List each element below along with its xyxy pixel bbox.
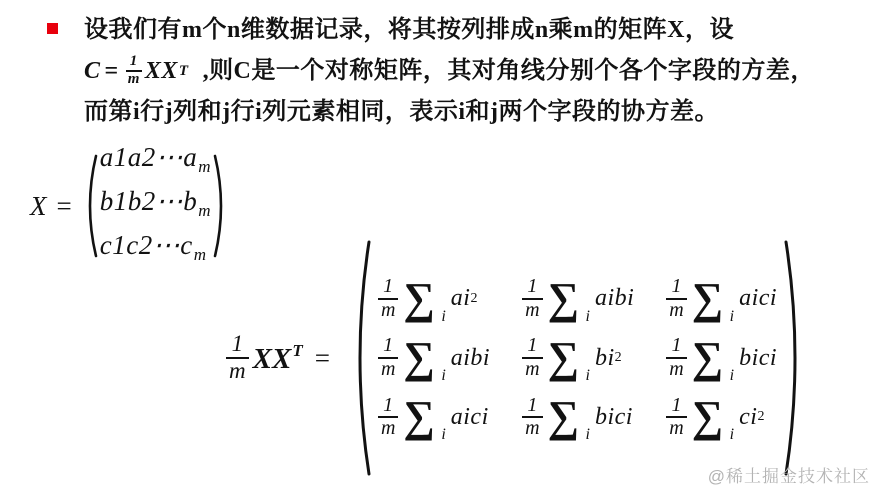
fraction-denominator: m	[126, 70, 142, 88]
fraction-numerator: 1	[672, 276, 682, 298]
sum-symbol: ∑i	[692, 396, 723, 438]
sum-subscript: i	[730, 308, 734, 326]
x-matrix-row: a1a2⋯am	[100, 140, 211, 184]
sigma-icon: ∑	[403, 392, 434, 441]
cell-term: bici	[739, 345, 777, 372]
sum-subscript: i	[441, 308, 445, 326]
x-matrix-row: c1c2⋯cm	[100, 228, 211, 272]
sum-symbol: ∑i	[548, 396, 579, 438]
cell-term-sup: 2	[757, 409, 764, 425]
fraction-numerator: 1	[527, 276, 537, 298]
fraction-numerator: 1	[130, 54, 138, 70]
x-matrix-rows: a1a2⋯am b1b2⋯bm c1c2⋯cm	[98, 140, 213, 272]
sum-symbol: ∑i	[403, 396, 434, 438]
matrix-cell: 1m ∑i bici	[666, 335, 777, 380]
fraction-denominator: m	[666, 416, 686, 440]
x-matrix-equation: X = a1a2⋯am b1b2⋯bm c1c2⋯cm	[30, 140, 229, 272]
row-body: c1c2	[100, 230, 153, 260]
cell-term: bici	[595, 404, 633, 431]
row-body: a1a2	[100, 142, 156, 172]
matrix-cell: 1m ∑i bici	[522, 395, 634, 440]
watermark: @稀土掘金技术社区	[708, 462, 870, 487]
paragraph-line-3: 而第i行j列和j行i列元素相同，表示i和j两个字段的协方差。	[84, 94, 864, 130]
matrix-cell: 1m ∑i aici	[666, 276, 777, 321]
fraction-numerator: 1	[383, 335, 393, 357]
sum-symbol: ∑i	[548, 337, 579, 379]
sum-subscript: i	[730, 367, 734, 385]
row-last: a	[183, 142, 197, 172]
lhs-xx: XXT	[253, 341, 303, 376]
fraction-denominator: m	[522, 357, 542, 381]
sigma-icon: ∑	[692, 392, 723, 441]
row-sub: m	[194, 245, 207, 264]
matrix-cell: 1m ∑i ci2	[666, 395, 777, 440]
sigma-icon: ∑	[692, 274, 723, 323]
covariance-matrix-grid: 1m ∑i ai2 1m ∑i aibi 1m ∑i aici 1m ∑i	[372, 272, 783, 444]
row-sub: m	[198, 201, 211, 220]
sum-subscript: i	[441, 426, 445, 444]
fraction-denominator: m	[226, 357, 249, 384]
formula-transpose-sup: T	[179, 53, 189, 89]
cell-term-sup: 2	[470, 291, 477, 307]
x-matrix-row: b1b2⋯bm	[100, 184, 211, 228]
sum-subscript: i	[441, 367, 445, 385]
row-last: c	[180, 230, 192, 260]
fraction-denominator: m	[522, 416, 542, 440]
matrix-cell: 1m ∑i aibi	[378, 335, 490, 380]
matrix-cell: 1m ∑i aici	[378, 395, 490, 440]
x-equals: =	[57, 191, 72, 222]
covariance-lhs: 1 m XXT =	[226, 332, 340, 384]
formula-xx: XX	[145, 53, 178, 89]
cell-term: bi	[595, 345, 615, 372]
cell-term-sup: 2	[615, 350, 622, 366]
bullet-marker-icon	[47, 23, 58, 34]
right-paren-icon	[783, 238, 807, 478]
cell-term: aici	[739, 285, 777, 312]
cell-term: ai	[451, 285, 471, 312]
transpose-sup: T	[292, 341, 302, 360]
fraction-numerator: 1	[672, 395, 682, 417]
cell-fraction: 1m	[666, 276, 686, 321]
sum-symbol: ∑i	[403, 337, 434, 379]
covariance-equation: 1 m XXT = 1m ∑i ai2 1m ∑i aibi	[226, 238, 807, 478]
sum-symbol: ∑i	[548, 278, 579, 320]
cell-term: aici	[451, 404, 489, 431]
paragraph-line-2: C = 1 m XXT ,则C是一个对称矩阵，其对角线分别个各个字段的方差，	[84, 48, 864, 94]
row-dots: ⋯	[156, 186, 184, 216]
cell-fraction: 1m	[378, 395, 398, 440]
cell-term: ci	[739, 404, 757, 431]
sigma-icon: ∑	[403, 274, 434, 323]
fraction-numerator: 1	[672, 335, 682, 357]
sum-subscript: i	[585, 308, 589, 326]
sigma-icon: ∑	[548, 392, 579, 441]
cell-fraction: 1m	[522, 276, 542, 321]
matrix-cell: 1m ∑i aibi	[522, 276, 634, 321]
paragraph-line-1: 设我们有m个n维数据记录，将其按列排成n乘m的矩阵X，设	[84, 12, 864, 48]
fraction-denominator: m	[666, 357, 686, 381]
row-last: b	[183, 186, 197, 216]
row-sub: m	[198, 157, 211, 176]
sigma-icon: ∑	[548, 333, 579, 382]
cell-fraction: 1m	[666, 335, 686, 380]
fraction-denominator: m	[378, 298, 398, 322]
cell-term: aibi	[451, 345, 490, 372]
sum-symbol: ∑i	[403, 278, 434, 320]
lhs-fraction: 1 m	[226, 332, 249, 384]
fraction-numerator: 1	[383, 276, 393, 298]
formula-equals: =	[105, 53, 119, 89]
fraction-denominator: m	[378, 357, 398, 381]
sigma-icon: ∑	[548, 274, 579, 323]
covariance-matrix: 1m ∑i ai2 1m ∑i aibi 1m ∑i aici 1m ∑i	[348, 238, 807, 478]
paragraph-block: 设我们有m个n维数据记录，将其按列排成n乘m的矩阵X，设 C = 1 m XXT…	[84, 12, 864, 130]
x-symbol: X	[30, 191, 47, 222]
sigma-icon: ∑	[403, 333, 434, 382]
sum-subscript: i	[730, 426, 734, 444]
matrix-cell: 1m ∑i bi2	[522, 335, 634, 380]
row-dots: ⋯	[153, 230, 181, 260]
fraction-numerator: 1	[527, 335, 537, 357]
fraction-numerator: 1	[383, 395, 393, 417]
sum-symbol: ∑i	[692, 337, 723, 379]
sum-symbol: ∑i	[692, 278, 723, 320]
formula-c-symbol: C	[84, 53, 101, 89]
left-paren-icon	[82, 153, 98, 259]
fraction-denominator: m	[378, 416, 398, 440]
fraction-numerator: 1	[527, 395, 537, 417]
matrix-cell: 1m ∑i ai2	[378, 276, 490, 321]
fraction-denominator: m	[666, 298, 686, 322]
paragraph-line-2-rest: ,则C是一个对称矩阵，其对角线分别个各个字段的方差，	[203, 53, 815, 89]
sum-subscript: i	[585, 426, 589, 444]
fraction-numerator: 1	[232, 332, 244, 357]
left-paren-icon	[348, 238, 372, 478]
row-body: b1b2	[100, 186, 156, 216]
xx-symbol: XX	[253, 343, 292, 375]
cell-fraction: 1m	[378, 276, 398, 321]
slide-page: 设我们有m个n维数据记录，将其按列排成n乘m的矩阵X，设 C = 1 m XXT…	[0, 0, 878, 493]
cell-term: aibi	[595, 285, 634, 312]
row-dots: ⋯	[156, 142, 184, 172]
cell-fraction: 1m	[522, 335, 542, 380]
formula-fraction: 1 m	[126, 54, 142, 88]
sigma-icon: ∑	[692, 333, 723, 382]
sum-subscript: i	[585, 367, 589, 385]
fraction-denominator: m	[522, 298, 542, 322]
cell-fraction: 1m	[378, 335, 398, 380]
covariance-equals: =	[315, 343, 330, 374]
cell-fraction: 1m	[522, 395, 542, 440]
cell-fraction: 1m	[666, 395, 686, 440]
